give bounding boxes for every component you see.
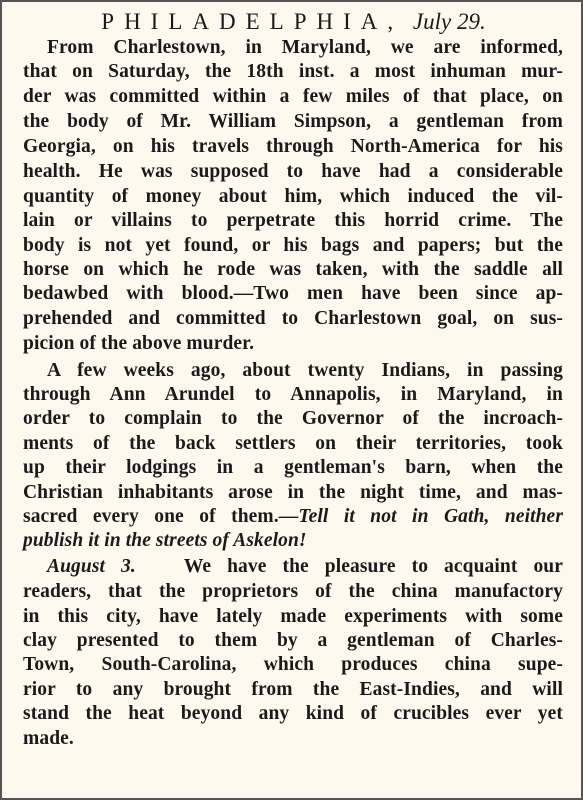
article-line: up their lodgings in a gentleman's barn,… [23,456,563,480]
article-line: lain or villains to perpetrate this horr… [23,209,563,233]
article-line: health. He was supposed to have had a co… [23,160,563,184]
article-line: quantity of money about him, which induc… [23,185,563,209]
article-line: rior to any brought from the East-Indies… [23,678,563,702]
article-line: Georgia, on his travels through North-Am… [23,135,563,159]
scripture-quote-line: publish it in the streets of Askelon! [23,529,563,553]
article-line: ments of the back settlers on their terr… [23,432,563,456]
masthead-city: PHILADELPHIA, [101,9,403,34]
article-line: in this city, have lately made experimen… [23,605,563,629]
article-line: readers, that the proprietors of the chi… [23,580,563,604]
article-line: horse on which he rode was taken, with t… [23,258,563,282]
article-line: Town, South-Carolina, which produces chi… [23,653,563,677]
article-line: der was committed within a few miles of … [23,85,563,109]
article-line-with-quote: sacred every one of them.—Tell it not in… [23,505,563,529]
masthead-date: July 29. [413,9,486,34]
article-line: order to complain to the Governor of the… [23,407,563,431]
article-line: prehended and committed to Charlestown g… [23,307,563,331]
article-line: picion of the above murder. [23,332,563,356]
article-line: A few weeks ago, about twenty Indians, i… [47,359,563,383]
article-text: sacred every one of them.— [23,506,298,527]
article-line: made. [23,727,563,751]
article-line: bedawbed with blood.—Two men have been s… [23,282,563,306]
article-text: We have the pleasure to acquaint our [184,556,563,577]
article-line: From Charlestown, in Maryland, we are in… [47,36,563,60]
newspaper-clipping: PHILADELPHIA, July 29. From Charlestown,… [0,0,583,800]
article-line: that on Saturday, the 18th inst. a most … [23,60,563,84]
article-line: through Ann Arundel to Annapolis, in Mar… [23,383,563,407]
article-line: clay presented to them by a gentleman of… [23,629,563,653]
masthead: PHILADELPHIA, July 29. [2,8,583,36]
article-line: body is not yet found, or his bags and p… [23,234,563,258]
article-line-with-dateline: August 3. We have the pleasure to acquai… [47,555,563,579]
article-line: the body of Mr. William Simpson, a gentl… [23,110,563,134]
article-line: stand the heat beyond any kind of crucib… [23,702,563,726]
dateline: August 3. [47,556,136,577]
scripture-quote: Tell it not in Gath, neither [298,506,563,527]
article-line: Christian inhabitants arose in the night… [23,481,563,505]
